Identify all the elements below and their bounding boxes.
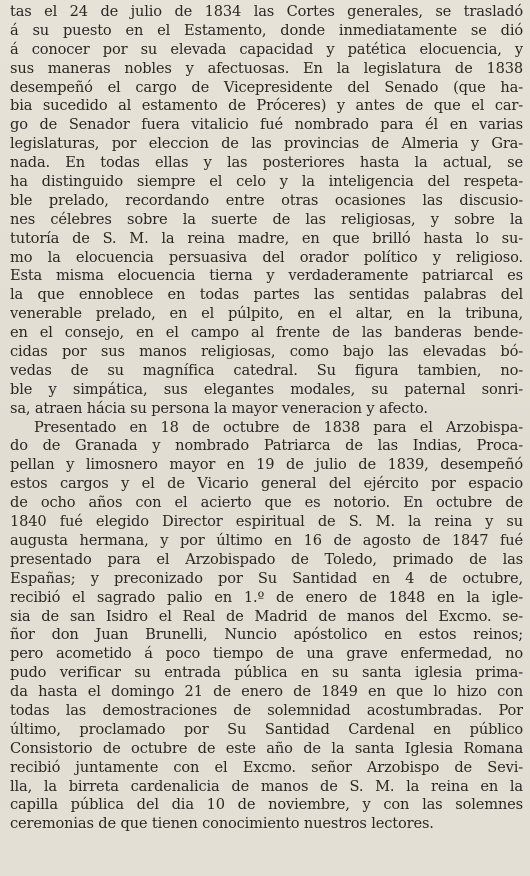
text-line: 1840 fué elegido Director espiritual de … (10, 513, 523, 532)
text-line: sus maneras nobles y afectuosas. En la l… (10, 60, 523, 79)
text-line: Consistorio de octubre de este año de la… (10, 740, 523, 759)
text-line: sia de san Isidro el Real de Madrid de m… (10, 608, 523, 627)
text-line: ceremonias de que tienen conocimiento nu… (10, 815, 523, 834)
text-column: tas el 24 de julio de 1834 las Cortes ge… (10, 3, 523, 834)
text-line: Españas; y preconizado por Su Santidad e… (10, 570, 523, 589)
text-line: último, proclamado por Su Santidad Carde… (10, 721, 523, 740)
text-line: do de Granada y nombrado Patriarca de la… (10, 437, 523, 456)
text-line: venerable prelado, en el púlpito, en el … (10, 305, 523, 324)
text-line: augusta hermana, y por último en 16 de a… (10, 532, 523, 551)
text-line: Esta misma elocuencia tierna y verdadera… (10, 267, 523, 286)
text-line: presentado para el Arzobispado de Toledo… (10, 551, 523, 570)
text-line: ble prelado, recordando entre otras ocas… (10, 192, 523, 211)
text-line: lla, la birreta cardenalicia de manos de… (10, 778, 523, 797)
text-line: de ocho años con el acierto que es notor… (10, 494, 523, 513)
text-line: mo la elocuencia persuasiva del orador p… (10, 249, 523, 268)
text-line: recibió juntamente con el Excmo. señor A… (10, 759, 523, 778)
paragraph-1: tas el 24 de julio de 1834 las Cortes ge… (10, 3, 523, 419)
text-line: la que ennoblece en todas partes las sen… (10, 286, 523, 305)
paragraph-2: Presentado en 18 de octubre de 1838 para… (10, 419, 523, 835)
text-line: todas las demostraciones de solemnidad a… (10, 702, 523, 721)
text-line: á su puesto en el Estamento, donde inmed… (10, 22, 523, 41)
scanned-page: tas el 24 de julio de 1834 las Cortes ge… (0, 0, 530, 876)
text-line: estos cargos y el de Vicario general del… (10, 475, 523, 494)
text-line: recibió el sagrado palio en 1.º de enero… (10, 589, 523, 608)
text-line: da hasta el domingo 21 de enero de 1849 … (10, 683, 523, 702)
text-line: ñor don Juan Brunelli, Nuncio apóstolico… (10, 626, 523, 645)
text-line: pellan y limosnero mayor en 19 de julio … (10, 456, 523, 475)
text-line: á conocer por su elevada capacidad y pat… (10, 41, 523, 60)
text-line: tas el 24 de julio de 1834 las Cortes ge… (10, 3, 523, 22)
text-line: tutoría de S. M. la reina madre, en que … (10, 230, 523, 249)
text-line: nada. En todas ellas y las posteriores h… (10, 154, 523, 173)
text-line: pero acometido á poco tiempo de una grav… (10, 645, 523, 664)
text-line: nes célebres sobre la suerte de las reli… (10, 211, 523, 230)
text-line: pudo verificar su entrada pública en su … (10, 664, 523, 683)
text-line: ha distinguido siempre el celo y la inte… (10, 173, 523, 192)
text-line: desempeñó el cargo de Vicepresidente del… (10, 79, 523, 98)
text-line: go de Senador fuera vitalicio fué nombra… (10, 116, 523, 135)
text-line: legislaturas, por eleccion de las provin… (10, 135, 523, 154)
text-line: cidas por sus manos religiosas, como baj… (10, 343, 523, 362)
text-line: Presentado en 18 de octubre de 1838 para… (10, 419, 523, 438)
text-line: bia sucedido al estamento de Próceres) y… (10, 97, 523, 116)
text-line: en el consejo, en el campo al frente de … (10, 324, 523, 343)
text-line: sa, atraen hácia su persona la mayor ven… (10, 400, 523, 419)
text-line: capilla pública del dia 10 de noviembre,… (10, 796, 523, 815)
text-line: ble y simpática, sus elegantes modales, … (10, 381, 523, 400)
text-line: vedas de su magnífica catedral. Su figur… (10, 362, 523, 381)
